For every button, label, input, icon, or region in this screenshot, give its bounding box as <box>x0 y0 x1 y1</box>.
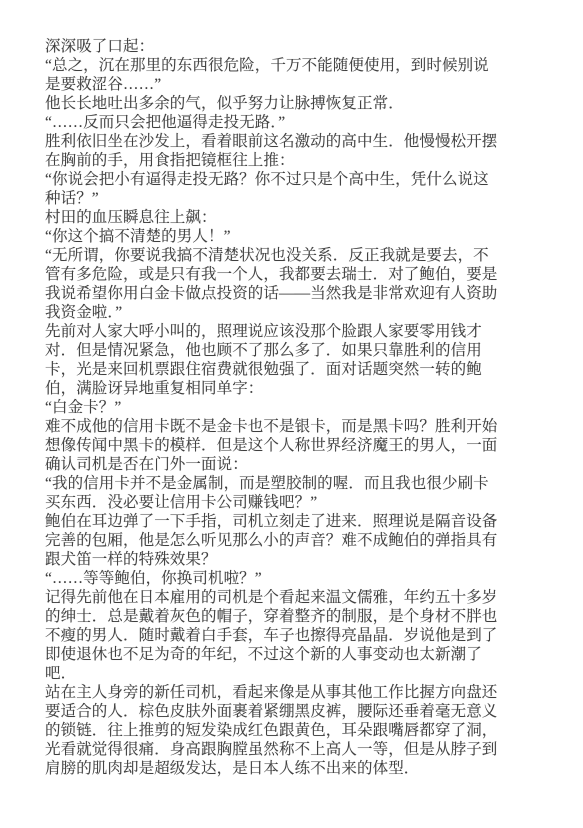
text-line: 胜利依旧坐在沙发上，看着眼前这名激动的高中生．他慢慢松开摆 <box>45 132 515 151</box>
text-line: 买东西．没必要让信用卡公司赚钱吧？” <box>45 493 515 512</box>
text-line: 不瘦的男人．随时戴着白手套，车子也擦得亮晶晶．岁说他是到了 <box>45 626 515 645</box>
text-line: 想像传闻中黑卡的模样．但是这个人称世界经济魔王的男人，一面 <box>45 436 515 455</box>
text-line: 先前对人家大呼小叫的，照理说应该没那个脸跟人家要零用钱才 <box>45 322 515 341</box>
text-line: 吧． <box>45 664 515 683</box>
text-line: 深深吸了口起： <box>45 37 515 56</box>
text-line: 鲍伯在耳边弹了一下手指，司机立刻走了进来．照理说是隔音设备 <box>45 512 515 531</box>
text-line: 完善的包厢，他是怎么听见那么小的声音？难不成鲍伯的弹指具有 <box>45 531 515 550</box>
text-line: 我说希望你用白金卡做点投资的话——当然我是非常欢迎有人资助 <box>45 284 515 303</box>
text-line: 要适合的人．棕色皮肤外面裹着紧绷黑皮裤，腰际还垂着毫无意义 <box>45 702 515 721</box>
text-line: 他长长地吐出多余的气，似乎努力让脉搏恢复正常． <box>45 94 515 113</box>
text-line: 在胸前的手，用食指把镜框往上推： <box>45 151 515 170</box>
text-line: 我资金啦．” <box>45 303 515 322</box>
text-line: “……等等鲍伯，你换司机啦？” <box>45 569 515 588</box>
text-line: 的锁链．往上推剪的短发染成红色跟黄色，耳朵跟嘴唇都穿了洞， <box>45 721 515 740</box>
text-line: 是要救涩谷……” <box>45 75 515 94</box>
text-line: “白金卡？” <box>45 398 515 417</box>
text-line: 站在主人身旁的新任司机，看起来像是从事其他工作比握方向盘还 <box>45 683 515 702</box>
text-line: 记得先前他在日本雇用的司机是个看起来温文儒雅，年约五十多岁 <box>45 588 515 607</box>
text-column: 深深吸了口起：“总之，沉在那里的东西很危险，千万不能随便使用，到时候别说是要救涩… <box>45 37 515 778</box>
text-line: “你这个搞不清楚的男人！” <box>45 227 515 246</box>
text-line: 的绅士．总是戴着灰色的帽子，穿着整齐的制服，是个身材不胖也 <box>45 607 515 626</box>
text-line: “你说会把小有逼得走投无路？你不过只是个高中生，凭什么说这 <box>45 170 515 189</box>
text-line: “总之，沉在那里的东西很危险，千万不能随便使用，到时候别说 <box>45 56 515 75</box>
text-line: 跟犬笛一样的特殊效果？ <box>45 550 515 569</box>
text-line: 村田的血压瞬息往上飙： <box>45 208 515 227</box>
text-line: 卡，光是来回机票跟住宿费就很勉强了．面对话题突然一转的鲍 <box>45 360 515 379</box>
text-line: 对．但是情况紧急，他也顾不了那么多了．如果只靠胜利的信用 <box>45 341 515 360</box>
text-line: 管有多危险，或是只有我一个人，我都要去瑞士．对了鲍伯，要是 <box>45 265 515 284</box>
text-line: “……反而只会把他逼得走投无路．” <box>45 113 515 132</box>
text-line: “我的信用卡并不是金属制，而是塑胶制的喔．而且我也很少刷卡 <box>45 474 515 493</box>
text-line: 伯，满脸讶异地重复相同单字： <box>45 379 515 398</box>
text-line: 肩膀的肌肉却是超级发达，是日本人练不出来的体型． <box>45 759 515 778</box>
text-line: 种话？” <box>45 189 515 208</box>
text-line: 即使退休也不足为奇的年纪，不过这个新的人事变动也太新潮了 <box>45 645 515 664</box>
text-line: 难不成他的信用卡既不是金卡也不是银卡，而是黑卡吗？胜利开始 <box>45 417 515 436</box>
text-line: 确认司机是否在门外一面说： <box>45 455 515 474</box>
text-line: 光看就觉得很痛．身高跟胸膛虽然称不上高人一等，但是从脖子到 <box>45 740 515 759</box>
document-page: 深深吸了口起：“总之，沉在那里的东西很危险，千万不能随便使用，到时候别说是要救涩… <box>0 0 583 828</box>
text-line: “无所谓，你要说我搞不清楚状况也没关系．反正我就是要去，不 <box>45 246 515 265</box>
